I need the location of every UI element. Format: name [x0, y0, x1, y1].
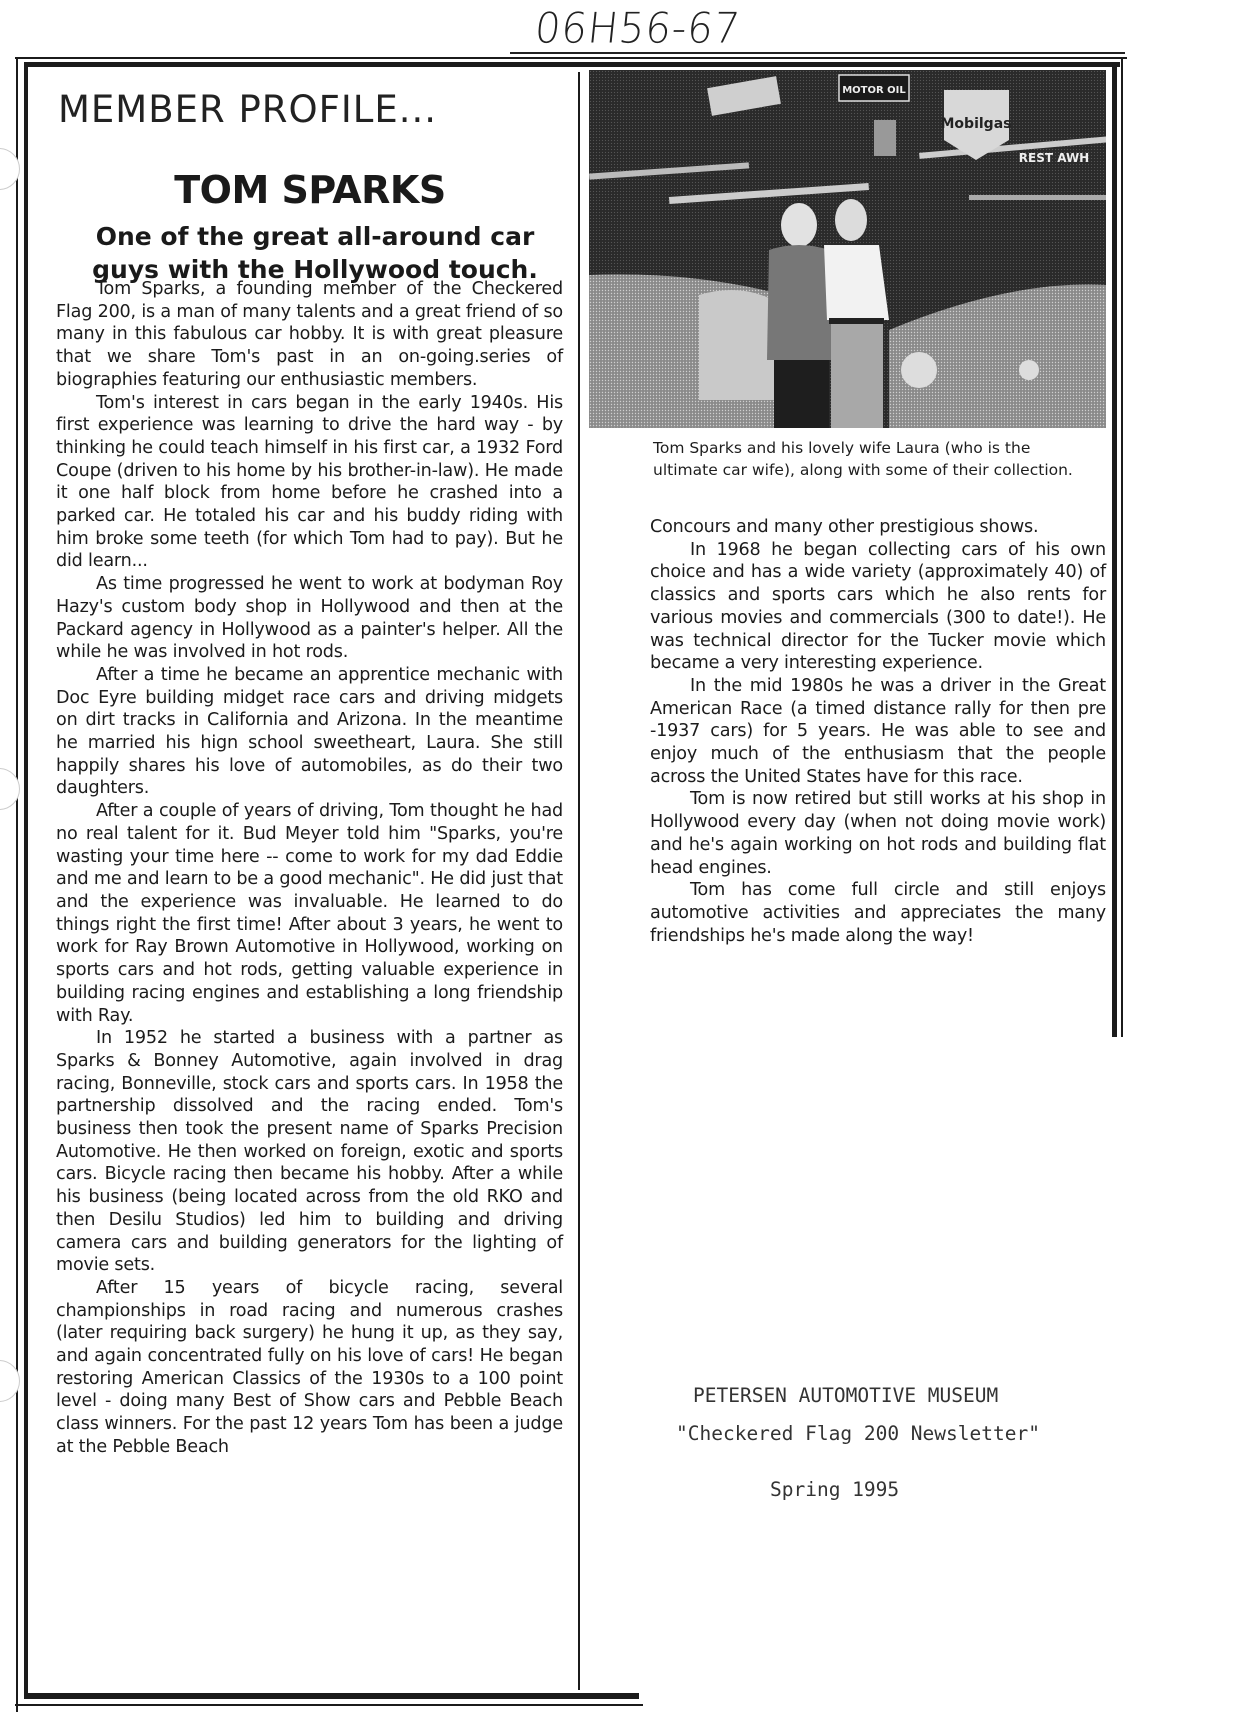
caption-line-2: ultimate car wife), along with some of t…: [653, 459, 1113, 481]
paragraph: In 1968 he began collecting cars of his …: [650, 539, 1106, 675]
paragraph: Tom Sparks, a founding member of the Che…: [56, 278, 563, 392]
paragraph: After a couple of years of driving, Tom …: [56, 800, 563, 1027]
paragraph: As time progressed he went to work at bo…: [56, 573, 563, 664]
handwritten-archive-code: 06H56-67: [532, 5, 742, 53]
paragraph: In the mid 1980s he was a driver in the …: [650, 675, 1106, 789]
source-museum-name: PETERSEN AUTOMOTIVE MUSEUM: [693, 1384, 998, 1407]
subhead-line-1: One of the great all-around car: [45, 220, 585, 253]
paragraph-continued: Concours and many other prestigious show…: [650, 516, 1106, 539]
paragraph: After a time he became an apprentice mec…: [56, 664, 563, 800]
frame-left-thick: [24, 62, 28, 1698]
motor-oil-sign: MOTOR OIL: [842, 85, 906, 96]
frame-bottom-thick: [24, 1693, 639, 1699]
column-divider: [578, 72, 580, 1690]
rest-sign: REST AWH: [1019, 151, 1089, 165]
frame-top-thick: [24, 62, 1120, 67]
paragraph: After 15 years of bicycle racing, severa…: [56, 1277, 563, 1459]
headline: TOM SPARKS: [40, 168, 580, 212]
caption-line-1: Tom Sparks and his lovely wife Laura (wh…: [653, 437, 1113, 459]
frame-right-thick: [1112, 62, 1117, 1037]
paragraph: Tom's interest in cars began in the earl…: [56, 392, 563, 574]
source-newsletter-name: "Checkered Flag 200 Newsletter": [676, 1422, 1040, 1445]
photo-caption: Tom Sparks and his lovely wife Laura (wh…: [653, 437, 1113, 481]
paragraph: In 1952 he started a business with a par…: [56, 1027, 563, 1277]
frame-bottom-thin: [15, 1704, 643, 1706]
mobilgas-sign: Mobilgas: [941, 116, 1012, 132]
paragraph: Tom is now retired but still works at hi…: [650, 788, 1106, 879]
photo-illustration: MOTOR OIL Mobilgas REST AWH: [589, 70, 1106, 428]
subhead: One of the great all-around car guys wit…: [45, 220, 585, 286]
left-column-body: Tom Sparks, a founding member of the Che…: [56, 278, 563, 1459]
source-issue-date: Spring 1995: [770, 1478, 899, 1501]
section-kicker: MEMBER PROFILE...: [58, 88, 437, 131]
right-column-body: Concours and many other prestigious show…: [650, 516, 1106, 947]
paragraph: Tom has come full circle and still enjoy…: [650, 879, 1106, 947]
photo-tom-and-laura-sparks: MOTOR OIL Mobilgas REST AWH: [589, 70, 1106, 428]
handwritten-underline: [510, 52, 1125, 54]
frame-top-thin: [15, 57, 1127, 59]
frame-left-thin: [16, 57, 18, 1712]
frame-right-thin: [1121, 57, 1123, 1037]
